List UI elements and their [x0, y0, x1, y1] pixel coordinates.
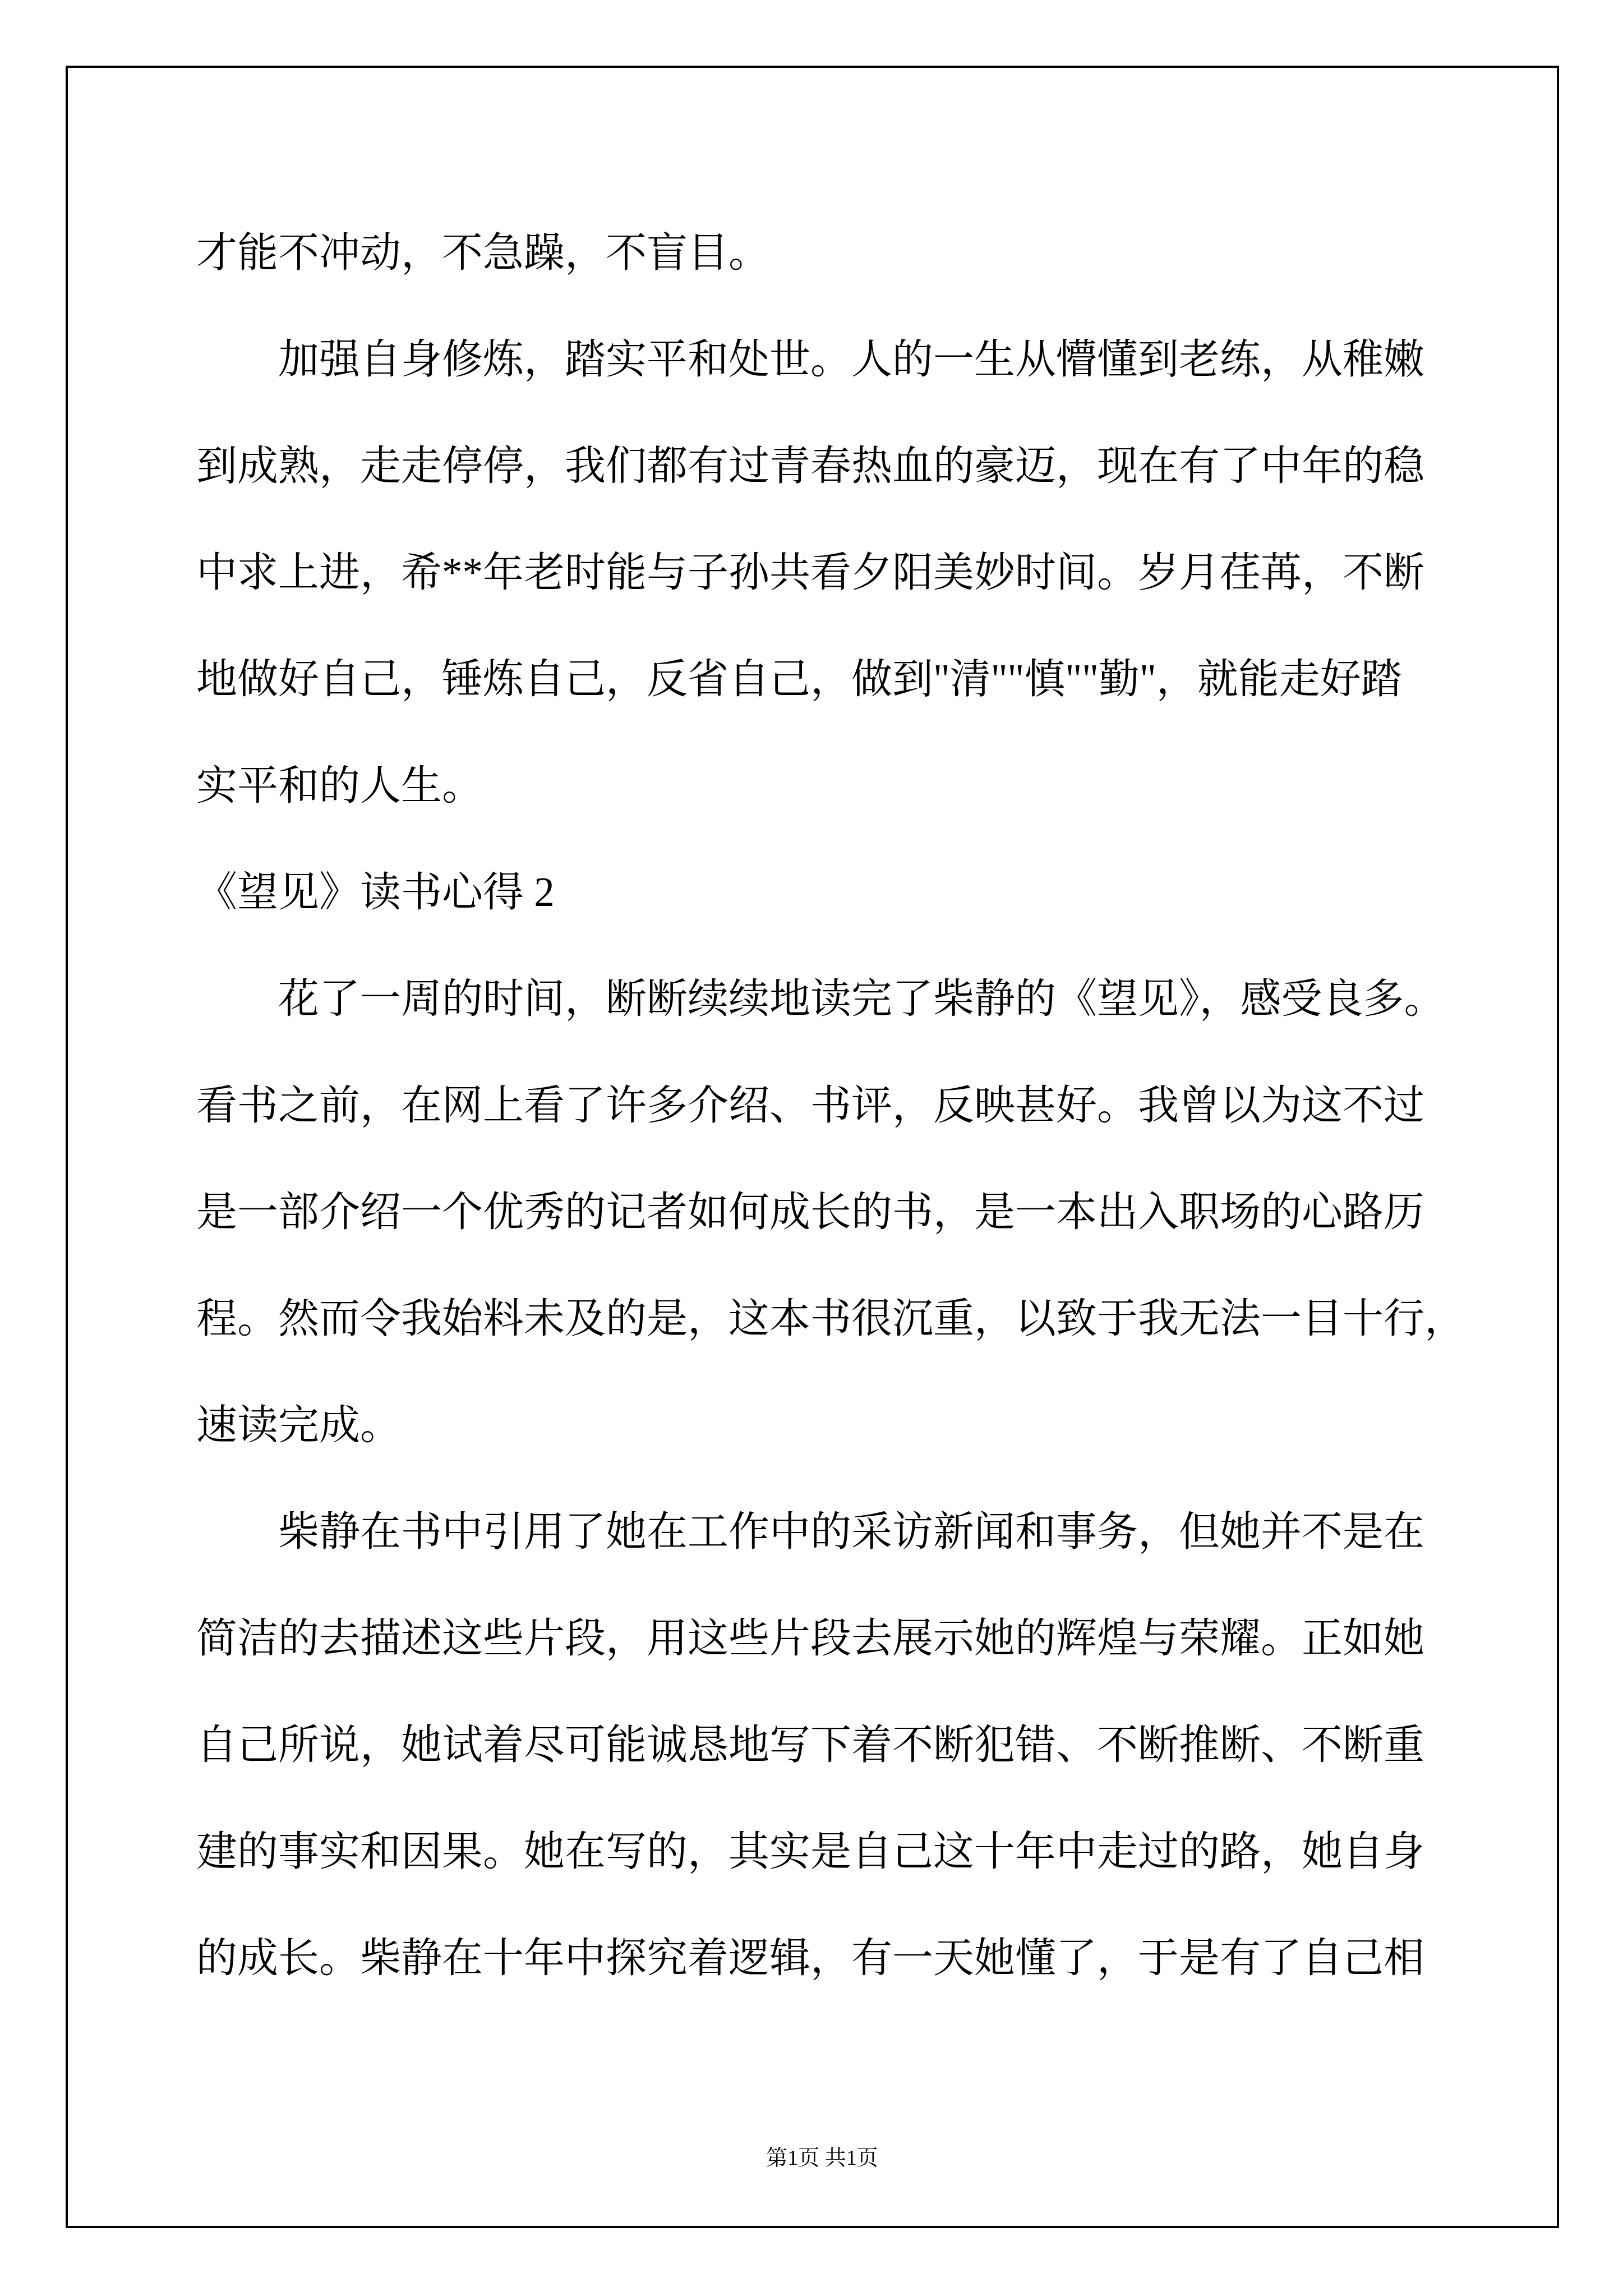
text-line: 到成熟，走走停停，我们都有过青春热血的豪迈，现在有了中年的稳	[196, 413, 1497, 519]
text-line: 的成长。柴静在十年中探究着逻辑，有一天她懂了，于是有了自己相	[196, 1905, 1497, 2012]
text-line: 简洁的去描述这些片段，用这些片段去展示她的辉煌与荣耀。正如她	[196, 1585, 1497, 1692]
text-line: 柴静在书中引用了她在工作中的采访新闻和事务，但她并不是在	[196, 1479, 1497, 1585]
page-number-label: 第1页 共1页	[766, 2146, 878, 2170]
text-line: 花了一周的时间，断断续续地读完了柴静的《望见》，感受良多。	[196, 946, 1497, 1052]
page-footer: 第1页 共1页	[0, 2126, 1623, 2190]
text-line: 中求上进，希**年老时能与子孙共看夕阳美妙时间。岁月荏苒，不断	[196, 519, 1497, 626]
text-line: 加强自身修炼，踏实平和处世。人的一生从懵懂到老练，从稚嫩	[196, 306, 1497, 413]
text-line: 看书之前，在网上看了许多介绍、书评，反映甚好。我曾以为这不过	[196, 1052, 1497, 1159]
document-body: 才能不冲动，不急躁，不盲目。加强自身修炼，踏实平和处世。人的一生从懵懂到老练，从…	[196, 200, 1497, 2012]
text-line: 才能不冲动，不急躁，不盲目。	[196, 200, 1497, 306]
text-line: 程。然而令我始料未及的是，这本书很沉重，以致于我无法一目十行，	[196, 1266, 1497, 1372]
text-line: 是一部介绍一个优秀的记者如何成长的书，是一本出入职场的心路历	[196, 1159, 1497, 1266]
text-line: 《望见》读书心得 2	[196, 839, 1497, 946]
text-line: 速读完成。	[196, 1372, 1497, 1479]
text-line: 建的事实和因果。她在写的，其实是自己这十年中走过的路，她自身	[196, 1798, 1497, 1905]
document-page: 才能不冲动，不急躁，不盲目。加强自身修炼，踏实平和处世。人的一生从懵懂到老练，从…	[0, 0, 1623, 2296]
text-line: 地做好自己，锤炼自己，反省自己，做到"清""慎""勤"，就能走好踏	[196, 626, 1497, 733]
text-line: 实平和的人生。	[196, 733, 1497, 839]
text-line: 自己所说，她试着尽可能诚恳地写下着不断犯错、不断推断、不断重	[196, 1692, 1497, 1798]
